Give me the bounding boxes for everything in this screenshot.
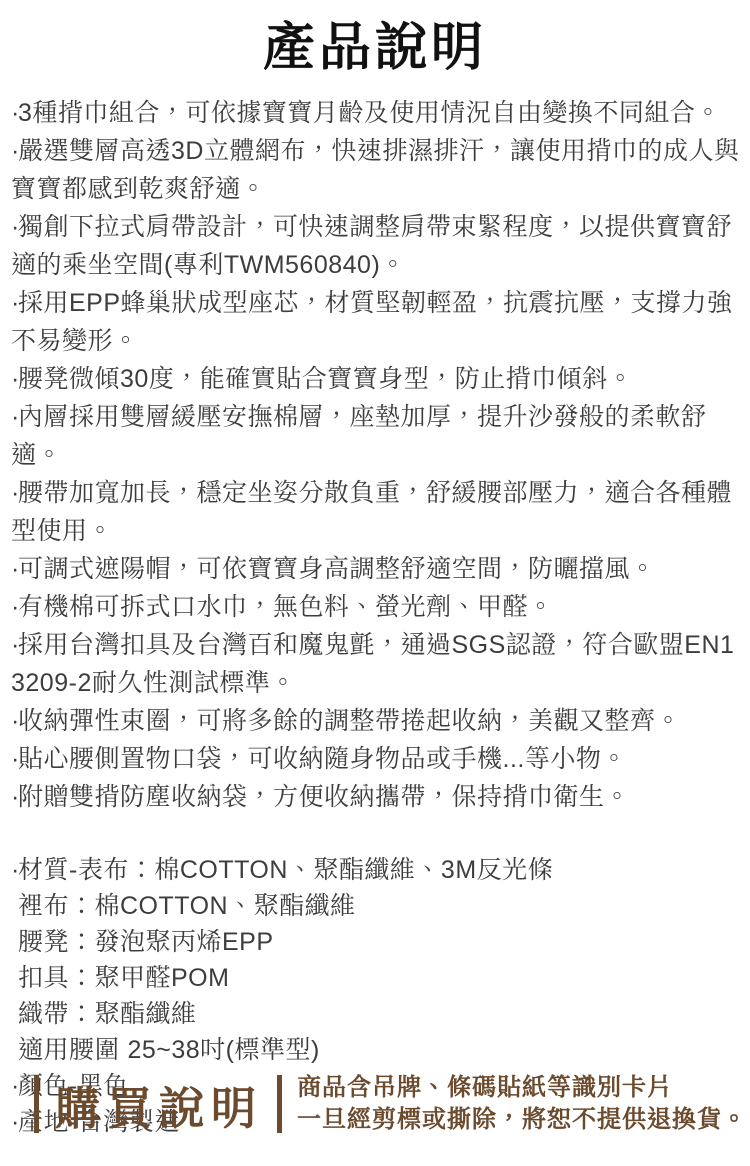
description-text: 腰凳微傾30度，能確實貼合寶寶身型，防止揹巾傾斜。 [18, 365, 633, 393]
description-text: 採用台灣扣具及台灣百和魔鬼氈，通過SGS認證，符合歐盟EN13209-2耐久性測… [11, 631, 734, 697]
description-item: ·獨創下拉式肩帶設計，可快速調整肩帶束緊程度，以提供寶寶舒適的乘坐空間(專利TW… [11, 208, 740, 284]
purchase-heading: 購買說明 [55, 1072, 263, 1137]
description-item: ·嚴選雙層高透3D立體網布，快速排濕排汗，讓使用揹巾的成人與寶寶都感到乾爽舒適。 [11, 132, 740, 208]
bullet-dot: · [11, 1068, 18, 1104]
description-item: ·3種揹巾組合，可依據寶寶月齡及使用情況自由變換不同組合。 [11, 94, 740, 132]
description-item: ·貼心腰側置物口袋，可收納隨身物品或手機...等小物。 [11, 740, 740, 778]
bullet-dot: · [11, 550, 18, 588]
product-description-page: 產品說明 ·3種揹巾組合，可依據寶寶月齡及使用情況自由變換不同組合。 ·嚴選雙層… [0, 0, 750, 1166]
spec-text: 腰凳：發泡聚丙烯EPP [18, 928, 274, 956]
bullet-dot: · [11, 626, 18, 664]
purchase-section: 購買說明 商品含吊牌、條碼貼紙等識別卡片 一旦經剪標或撕除，將恕不提供退換貨。 [34, 1070, 747, 1138]
description-item: ·採用EPP蜂巢狀成型座芯，材質堅韌輕盈，抗震抗壓，支撐力強不易變形。 [11, 284, 740, 360]
spec-text: 織帶：聚酯纖維 [18, 1000, 197, 1028]
spec-item: 裡布：棉COTTON、聚酯纖維 [11, 888, 740, 924]
spec-text: 扣具：聚甲醛POM [18, 964, 229, 992]
bullet-dot: · [11, 778, 18, 816]
bullet-dot: · [11, 360, 18, 398]
bullet-dot: · [11, 284, 18, 322]
bullet-dot: · [11, 208, 18, 246]
bullet-dot: · [11, 398, 18, 436]
description-text: 腰帶加寬加長，穩定坐姿分散負重，舒緩腰部壓力，適合各種體型使用。 [11, 479, 732, 545]
page-title: 產品說明 [0, 16, 750, 80]
description-text: 嚴選雙層高透3D立體網布，快速排濕排汗，讓使用揹巾的成人與寶寶都感到乾爽舒適。 [11, 137, 739, 203]
description-item: ·腰帶加寬加長，穩定坐姿分散負重，舒緩腰部壓力，適合各種體型使用。 [11, 474, 740, 550]
bullet-dot: · [11, 588, 18, 626]
description-text: 可調式遮陽帽，可依寶寶身高調整舒適空間，防曬擋風。 [18, 555, 656, 583]
purchase-note-line: 商品含吊牌、條碼貼紙等識別卡片 [297, 1072, 747, 1104]
right-vertical-bar [277, 1075, 282, 1133]
description-item: ·可調式遮陽帽，可依寶寶身高調整舒適空間，防曬擋風。 [11, 550, 740, 588]
description-text: 採用EPP蜂巢狀成型座芯，材質堅韌輕盈，抗震抗壓，支撐力強不易變形。 [11, 289, 733, 355]
spec-item: 織帶：聚酯纖維 [11, 996, 740, 1032]
description-section: ·3種揹巾組合，可依據寶寶月齡及使用情況自由變換不同組合。 ·嚴選雙層高透3D立… [0, 94, 750, 1140]
bullet-dot: · [11, 852, 18, 888]
spec-item: ·材質-表布：棉COTTON、聚酯纖維、3M反光條 [11, 852, 740, 888]
description-text: 獨創下拉式肩帶設計，可快速調整肩帶束緊程度，以提供寶寶舒適的乘坐空間(專利TWM… [11, 213, 732, 279]
description-item: ·內層採用雙層緩壓安撫棉層，座墊加厚，提升沙發般的柔軟舒適。 [11, 398, 740, 474]
spec-text: 適用腰圍 25~38吋(標準型) [18, 1036, 320, 1064]
bullet-dot: · [11, 702, 18, 740]
purchase-notes: 商品含吊牌、條碼貼紙等識別卡片 一旦經剪標或撕除，將恕不提供退換貨。 [297, 1072, 747, 1136]
bullet-dot: · [11, 132, 18, 170]
description-item: ·收納彈性束圈，可將多餘的調整帶捲起收納，美觀又整齊。 [11, 702, 740, 740]
bullet-dot: · [11, 474, 18, 512]
description-item: ·有機棉可拆式口水巾，無色料、螢光劑、甲醛。 [11, 588, 740, 626]
bullet-dot: · [11, 94, 18, 132]
description-text: 3種揹巾組合，可依據寶寶月齡及使用情況自由變換不同組合。 [18, 99, 721, 127]
spec-item: 扣具：聚甲醛POM [11, 960, 740, 996]
description-text: 內層採用雙層緩壓安撫棉層，座墊加厚，提升沙發般的柔軟舒適。 [11, 403, 707, 469]
description-item: ·腰凳微傾30度，能確實貼合寶寶身型，防止揹巾傾斜。 [11, 360, 740, 398]
purchase-note-line: 一旦經剪標或撕除，將恕不提供退換貨。 [297, 1104, 747, 1136]
spec-item: 適用腰圍 25~38吋(標準型) [11, 1032, 740, 1068]
bullet-dot: · [11, 740, 18, 778]
description-item: ·採用台灣扣具及台灣百和魔鬼氈，通過SGS認證，符合歐盟EN13209-2耐久性… [11, 626, 740, 702]
bullet-dot: · [11, 1104, 18, 1140]
description-text: 附贈雙揹防塵收納袋，方便收納攜帶，保持揹巾衛生。 [18, 783, 630, 811]
description-text: 收納彈性束圈，可將多餘的調整帶捲起收納，美觀又整齊。 [18, 707, 681, 735]
left-vertical-bar [34, 1075, 39, 1133]
spec-text: 裡布：棉COTTON、聚酯纖維 [18, 892, 356, 920]
spec-item: 腰凳：發泡聚丙烯EPP [11, 924, 740, 960]
spec-text: 材質-表布：棉COTTON、聚酯纖維、3M反光條 [18, 856, 553, 884]
description-text: 有機棉可拆式口水巾，無色料、螢光劑、甲醛。 [18, 593, 554, 621]
description-text: 貼心腰側置物口袋，可收納隨身物品或手機...等小物。 [18, 745, 627, 773]
description-item: ·附贈雙揹防塵收納袋，方便收納攜帶，保持揹巾衛生。 [11, 778, 740, 816]
